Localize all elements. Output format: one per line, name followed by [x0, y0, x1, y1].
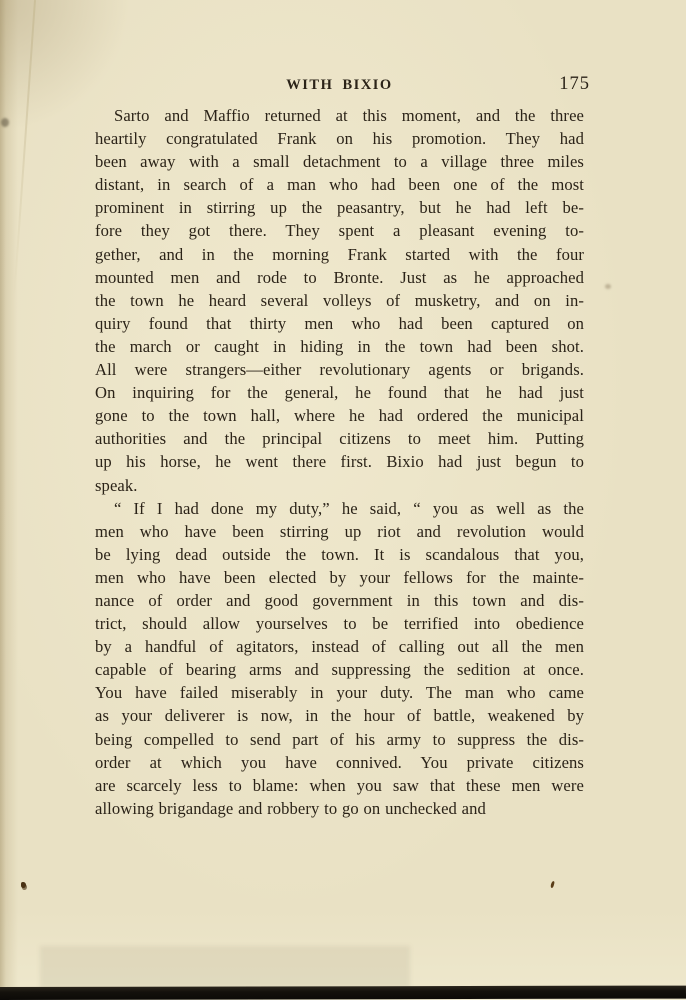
- ink-speck: [605, 284, 611, 289]
- text-line: the march or caught in hiding in the tow…: [95, 335, 584, 358]
- text-line: been away with a small detachment to a v…: [95, 150, 584, 173]
- text-line: capable of bearing arms and suppressing …: [95, 658, 584, 681]
- text-line: men who have been elected by your fellow…: [95, 566, 584, 589]
- text-line: prominent in stirring up the peasantry, …: [95, 196, 584, 219]
- text-line: as your deliverer is now, in the hour of…: [95, 704, 584, 727]
- page-number: 175: [559, 74, 590, 95]
- paragraph: Sarto and Maffio returned at this moment…: [95, 104, 584, 497]
- text-line: order at which you have connived. You pr…: [95, 751, 584, 774]
- text-line: speak.: [95, 474, 584, 497]
- text-line: Sarto and Maffio returned at this moment…: [95, 104, 584, 127]
- ink-speck: [1, 118, 9, 127]
- scanned-book-page: WITH BIXIO 175 Sarto and Maffio returned…: [0, 0, 686, 1000]
- text-line: distant, in search of a man who had been…: [95, 173, 584, 196]
- paper-crease: [13, 0, 36, 299]
- text-line: heartily congratulated Frank on his prom…: [95, 127, 584, 150]
- text-line: by a handful of agitators, instead of ca…: [95, 635, 584, 658]
- text-line: be lying dead outside the town. It is sc…: [95, 543, 584, 566]
- running-title: WITH BIXIO: [95, 77, 584, 94]
- text-line: gone to the town hall, where he had orde…: [95, 404, 584, 427]
- text-line: trict, should allow yourselves to be ter…: [95, 612, 584, 635]
- text-line: being compelled to send part of his army…: [95, 728, 584, 751]
- text-line: the town he heard several volleys of mus…: [95, 289, 584, 312]
- text-line: gether, and in the morning Frank started…: [95, 243, 584, 266]
- text-line: allowing brigandage and robbery to go on…: [95, 797, 584, 820]
- text-line: “ If I had done my duty,” he said, “ you…: [95, 497, 584, 520]
- text-line: quiry found that thirty men who had been…: [95, 312, 584, 335]
- text-line: men who have been stirring up riot and r…: [95, 520, 584, 543]
- text-line: are scarcely less to blame: when you saw…: [95, 774, 584, 797]
- ink-speck: [21, 882, 26, 888]
- paragraph: “ If I had done my duty,” he said, “ you…: [95, 497, 584, 820]
- paper-smudge: [40, 946, 410, 988]
- text-line: authorities and the principal citizens t…: [95, 427, 584, 450]
- text-line: All were strangers—either revolutionary …: [95, 358, 584, 381]
- page-header: WITH BIXIO 175: [95, 74, 584, 96]
- ink-speck: [550, 881, 555, 889]
- text-line: mounted men and rode to Bronte. Just as …: [95, 266, 584, 289]
- scanner-edge: [0, 986, 686, 1000]
- text-line: up his horse, he went there first. Bixio…: [95, 450, 584, 473]
- text-line: nance of order and good government in th…: [95, 589, 584, 612]
- page-text: Sarto and Maffio returned at this moment…: [95, 104, 584, 820]
- text-line: You have failed miserably in your duty. …: [95, 681, 584, 704]
- text-line: On inquiring for the general, he found t…: [95, 381, 584, 404]
- text-line: fore they got there. They spent a pleasa…: [95, 219, 584, 242]
